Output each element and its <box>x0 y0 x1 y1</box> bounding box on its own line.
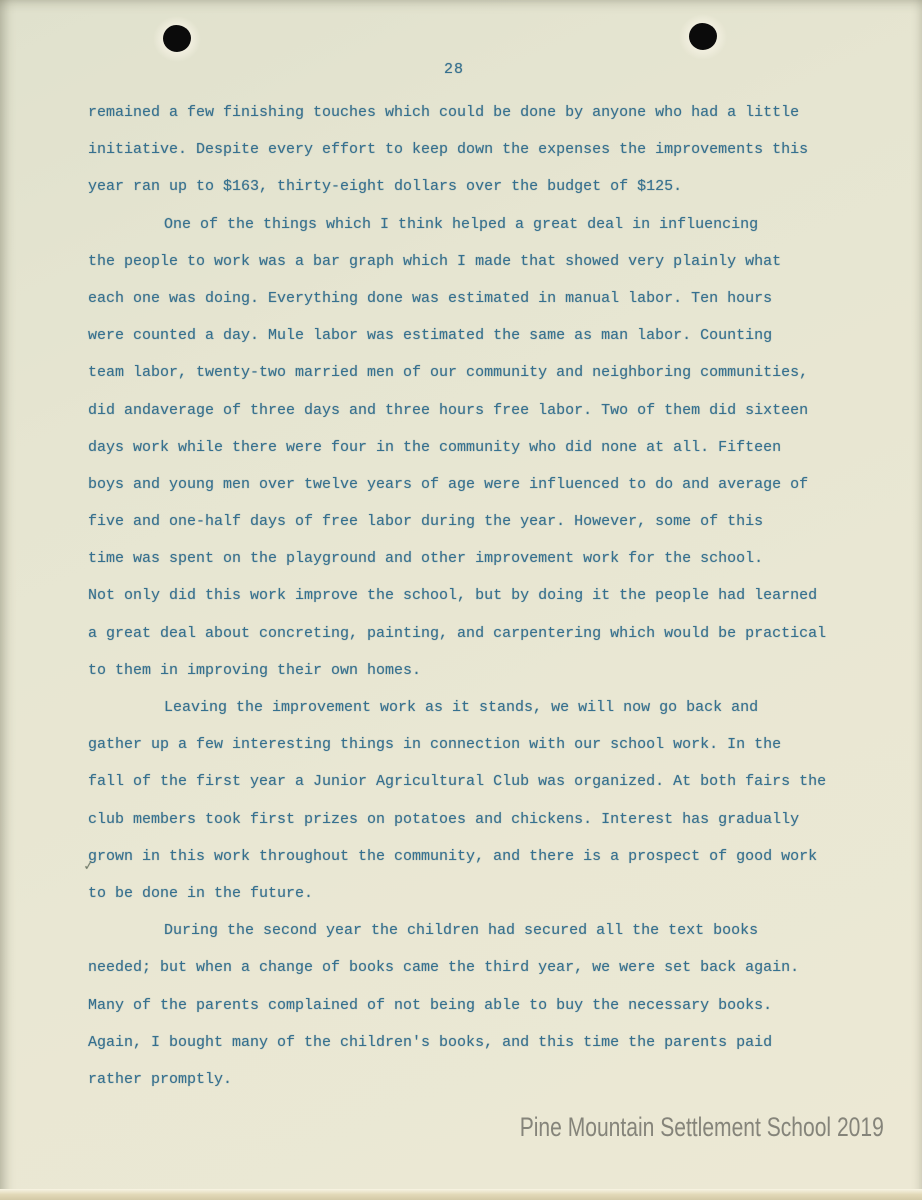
watermark-text: Pine Mountain Settlement School 2019 <box>520 1112 884 1143</box>
punch-hole-right <box>679 14 727 60</box>
text-line: grown in this work throughout the commun… <box>88 838 878 875</box>
text-line: Many of the parents complained of not be… <box>88 987 878 1024</box>
text-line: needed; but when a change of books came … <box>88 949 878 986</box>
text-line: gather up a few interesting things in co… <box>88 726 878 763</box>
paragraph: One of the things which I think helped a… <box>88 206 878 689</box>
text-line: were counted a day. Mule labor was estim… <box>88 317 878 354</box>
page-number: 28 <box>0 61 908 78</box>
pencil-check-mark: ✓ <box>83 856 94 876</box>
text-line: Leaving the improvement work as it stand… <box>88 689 878 726</box>
text-line: Not only did this work improve the schoo… <box>88 577 878 614</box>
text-line: time was spent on the playground and oth… <box>88 540 878 577</box>
paper-bottom-edge <box>0 1189 922 1200</box>
paragraph: Leaving the improvement work as it stand… <box>88 689 878 912</box>
text-line: club members took first prizes on potato… <box>88 801 878 838</box>
text-line: remained a few finishing touches which c… <box>88 94 878 131</box>
text-line: fall of the first year a Junior Agricult… <box>88 763 878 800</box>
text-line: During the second year the children had … <box>88 912 878 949</box>
paragraph: During the second year the children had … <box>88 912 878 1098</box>
text-line: initiative. Despite every effort to keep… <box>88 131 878 168</box>
punch-hole-icon <box>689 23 717 50</box>
document-body: remained a few finishing touches which c… <box>88 94 878 1098</box>
text-line: did andaverage of three days and three h… <box>88 392 878 429</box>
text-line: days work while there were four in the c… <box>88 429 878 466</box>
text-line: to be done in the future. <box>88 875 878 912</box>
text-line: Again, I bought many of the children's b… <box>88 1024 878 1061</box>
punch-hole-left <box>153 16 201 62</box>
text-line: the people to work was a bar graph which… <box>88 243 878 280</box>
paragraph: remained a few finishing touches which c… <box>88 94 878 206</box>
text-line: rather promptly. <box>88 1061 878 1098</box>
text-line: to them in improving their own homes. <box>88 652 878 689</box>
text-line: boys and young men over twelve years of … <box>88 466 878 503</box>
punch-hole-icon <box>163 25 191 52</box>
text-line: five and one-half days of free labor dur… <box>88 503 878 540</box>
text-line: year ran up to $163, thirty-eight dollar… <box>88 168 878 205</box>
text-line: team labor, twenty-two married men of ou… <box>88 354 878 391</box>
text-line: a great deal about concreting, painting,… <box>88 615 878 652</box>
text-line: One of the things which I think helped a… <box>88 206 878 243</box>
scanned-document-page: 28 remained a few finishing touches whic… <box>0 0 922 1200</box>
text-line: each one was doing. Everything done was … <box>88 280 878 317</box>
